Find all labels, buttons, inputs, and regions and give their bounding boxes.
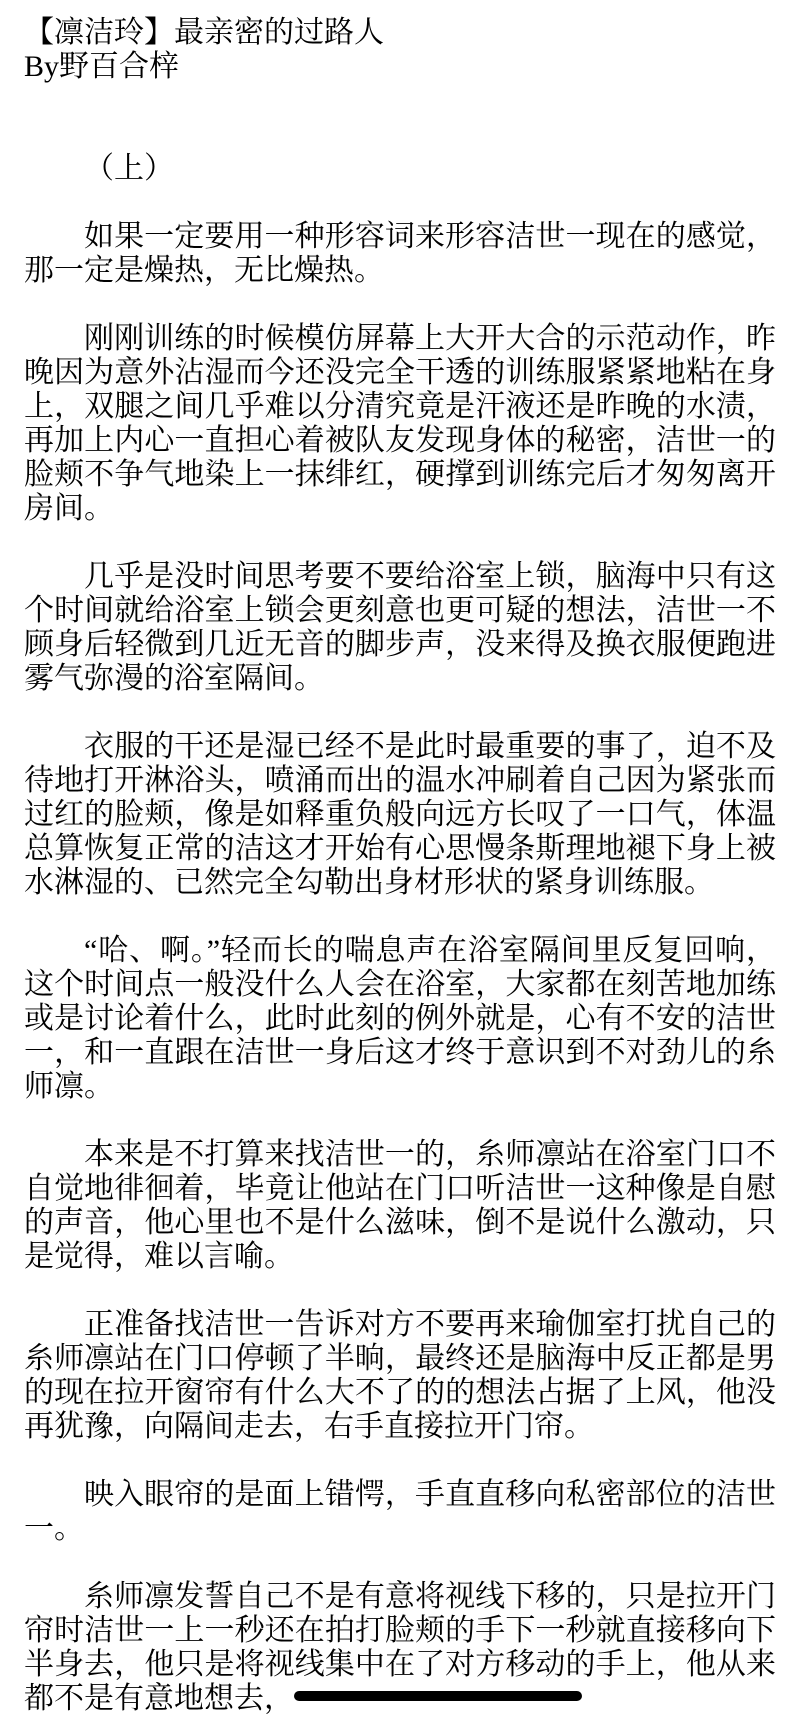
story-paragraph-5: “哈、啊。”轻而长的喘息声在浴室隔间里反复回响，这个时间点一般没什么人会在浴室，… <box>24 934 776 1104</box>
story-paragraph-7: 正准备找洁世一告诉对方不要再来瑜伽室打扰自己的糸师凛站在门口停顿了半晌，最终还是… <box>24 1308 776 1444</box>
story-paragraph-3: 几乎是没时间思考要不要给浴室上锁，脑海中只有这个时间就给浴室上锁会更刻意也更可疑… <box>24 560 776 696</box>
story-paragraph-4: 衣服的干还是湿已经不是此时最重要的事了，迫不及待地打开淋浴头，喷涌而出的温水冲刷… <box>24 730 776 900</box>
story-paragraph-8: 映入眼帘的是面上错愕，手直直移向私密部位的洁世一。 <box>24 1478 776 1546</box>
section-marker: （上） <box>24 152 776 186</box>
redaction-bar <box>294 1691 582 1701</box>
story-title: 【凛洁玲】最亲密的过路人 <box>24 16 776 50</box>
story-paragraph-1: 如果一定要用一种形容词来形容洁世一现在的感觉，那一定是燥热，无比燥热。 <box>24 220 776 288</box>
story-paragraph-2: 刚刚训练的时候模仿屏幕上大开大合的示范动作，昨晚因为意外沾湿而今还没完全干透的训… <box>24 322 776 526</box>
story-page: 【凛洁玲】最亲密的过路人 By野百合梓 （上） 如果一定要用一种形容词来形容洁世… <box>0 0 800 1730</box>
story-paragraph-6: 本来是不打算来找洁世一的，糸师凛站在浴室门口不自觉地徘徊着，毕竟让他站在门口听洁… <box>24 1138 776 1274</box>
author-line: By野百合梓 <box>24 50 776 84</box>
story-paragraph-9: 糸师凛发誓自己不是有意将视线下移的，只是拉开门帘时洁世一上一秒还在拍打脸颊的手下… <box>24 1580 776 1716</box>
